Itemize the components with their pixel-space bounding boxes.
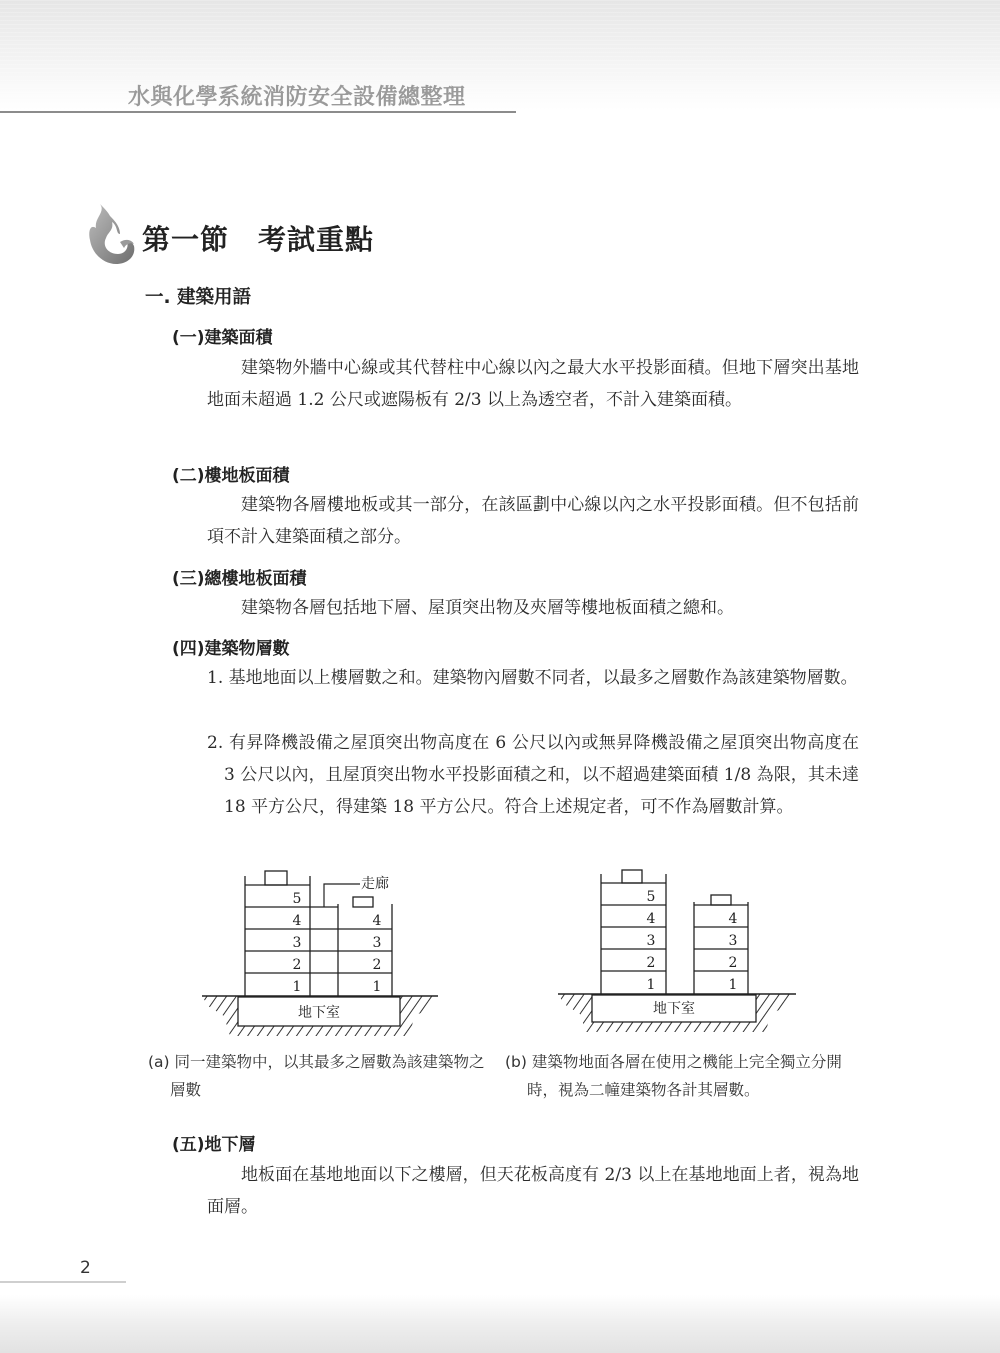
svg-text:3: 3 xyxy=(373,935,382,951)
figure-b-diagram: 地下室 5 4 3 2 1 4 3 2 1 xyxy=(556,866,801,1041)
svg-text:2: 2 xyxy=(647,955,656,971)
svg-text:5: 5 xyxy=(293,891,302,907)
svg-text:4: 4 xyxy=(729,911,738,927)
figure-a-diagram: 地下室 5 4 3 2 1 4 3 2 1 走廊 xyxy=(200,866,445,1041)
running-head: 水與化學系統消防安全設備總整理 xyxy=(128,80,466,111)
heading-number-of-stories: (四)建築物層數 xyxy=(172,634,290,659)
svg-text:4: 4 xyxy=(293,913,302,929)
svg-text:2: 2 xyxy=(293,957,302,973)
svg-text:3: 3 xyxy=(293,935,302,951)
svg-text:4: 4 xyxy=(373,913,382,929)
heading-building-terms: 一. 建築用語 xyxy=(145,283,251,309)
basement-label-b: 地下室 xyxy=(653,1000,695,1017)
footer-band xyxy=(0,1295,1000,1353)
footer-rule xyxy=(0,1281,126,1283)
list-item-2: 2. 有昇降機設備之屋頂突出物高度在 6 公尺以內或無昇降機設備之屋頂突出物高度… xyxy=(207,727,859,823)
svg-text:3: 3 xyxy=(647,933,656,949)
svg-text:5: 5 xyxy=(647,889,656,905)
svg-text:2: 2 xyxy=(373,957,382,973)
heading-floor-area: (二)樓地板面積 xyxy=(172,461,290,486)
para-floor-area: 建築物各層樓地板或其一部分，在該區劃中心線以內之水平投影面積。但不包括前項不計入… xyxy=(207,489,859,553)
heading-total-floor-area: (三)總樓地板面積 xyxy=(172,564,307,589)
svg-text:2: 2 xyxy=(729,955,738,971)
corridor-label: 走廊 xyxy=(361,875,389,892)
figure-b-caption: (b) 建築物地面各層在使用之機能上完全獨立分開時，視為二幢建築物各計其層數。 xyxy=(505,1048,860,1104)
svg-text:1: 1 xyxy=(373,979,382,995)
svg-text:1: 1 xyxy=(647,977,656,993)
para-building-area: 建築物外牆中心線或其代替柱中心線以內之最大水平投影面積。但地下層突出基地地面未超… xyxy=(207,352,859,416)
flame-icon xyxy=(86,202,136,266)
para-total-floor-area: 建築物各層包括地下層、屋頂突出物及夾層等樓地板面積之總和。 xyxy=(207,592,859,624)
svg-text:3: 3 xyxy=(729,933,738,949)
para-basement: 地板面在基地地面以下之樓層，但天花板高度有 2/3 以上在基地地面上者，視為地面… xyxy=(207,1159,859,1223)
heading-basement: (五)地下層 xyxy=(172,1130,256,1155)
heading-building-area: (一)建築面積 xyxy=(172,323,273,348)
list-item-1: 1. 基地地面以上樓層數之和。建築物內層數不同者，以最多之層數作為該建築物層數。 xyxy=(207,662,859,694)
figure-a-caption: (a) 同一建築物中，以其最多之層數為該建築物之層數 xyxy=(148,1048,500,1104)
basement-label-a: 地下室 xyxy=(298,1004,340,1021)
svg-text:1: 1 xyxy=(729,977,738,993)
page-number: 2 xyxy=(80,1258,91,1278)
header-rule xyxy=(0,111,516,113)
svg-text:4: 4 xyxy=(647,911,656,927)
section-title: 第一節 考試重點 xyxy=(142,218,374,258)
svg-text:1: 1 xyxy=(293,979,302,995)
